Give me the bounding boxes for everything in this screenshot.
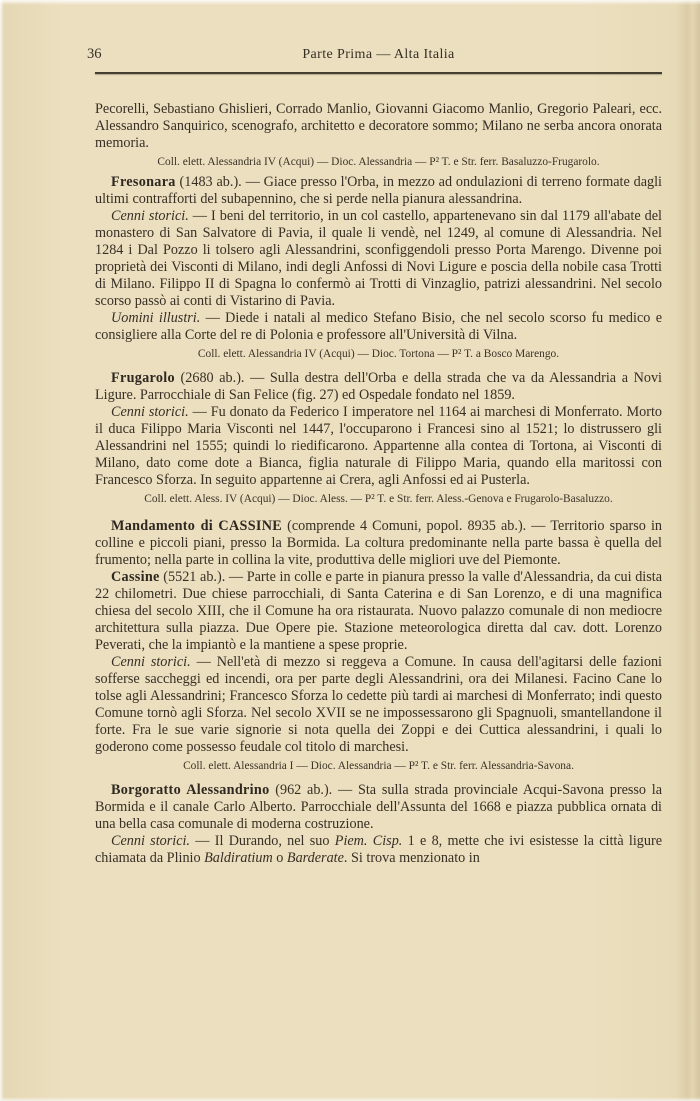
running-title: Parte Prima — Alta Italia — [95, 46, 662, 63]
book-page: 36 Parte Prima — Alta Italia Pecorelli, … — [0, 0, 700, 1101]
entry-frugarolo: Frugarolo (2680 ab.). — Sulla destra del… — [95, 370, 662, 404]
cenni-storici-label: Cenni storici. — [111, 833, 190, 849]
body-text: (2680 ab.). — Sulla destra dell'Orba e d… — [95, 370, 662, 403]
header-rule — [95, 72, 662, 74]
electoral-college-line: Coll. elett. Alessandria IV (Acqui) — Di… — [95, 155, 662, 169]
entry-headword-borgoratto: Borgoratto Alessandrino — [111, 782, 269, 798]
entry-headword-frugarolo: Frugarolo — [111, 370, 175, 386]
cassine-cenni-storici: Cenni storici. — Nell'età di mezzo si re… — [95, 654, 662, 756]
entry-cassine: Cassine (5521 ab.). — Parte in colle e p… — [95, 569, 662, 654]
body-text: o — [273, 850, 287, 866]
electoral-college-line: Coll. elett. Alessandria I — Dioc. Aless… — [95, 759, 662, 773]
cenni-storici-label: Cenni storici. — [111, 404, 189, 420]
latin-place-name: Barderate — [287, 850, 344, 866]
electoral-college-line: Coll. elett. Aless. IV (Acqui) — Dioc. A… — [95, 492, 662, 506]
body-text: Pecorelli, Sebastiano Ghislieri, Corrado… — [95, 101, 662, 151]
entry-headword-cassine: Cassine — [111, 569, 160, 585]
borgoratto-cenni-storici: Cenni storici. — Il Durando, nel suo Pie… — [95, 833, 662, 867]
body-text: (5521 ab.). — Parte in colle e parte in … — [95, 569, 662, 653]
body-text: (1483 ab.). — Giace presso l'Orba, in me… — [95, 174, 662, 207]
paragraph-pecorelli-continuation: Pecorelli, Sebastiano Ghislieri, Corrado… — [95, 101, 662, 152]
entry-borgoratto-alessandrino: Borgoratto Alessandrino (962 ab.). — Sta… — [95, 782, 662, 833]
cenni-storici-label: Cenni storici. — [111, 654, 191, 670]
entry-headword-mandamento-cassine: Mandamento di CASSINE — [111, 518, 282, 534]
entry-fresonara: Fresonara (1483 ab.). — Giace presso l'O… — [95, 174, 662, 208]
cited-work-title: Piem. Cisp. — [335, 833, 403, 849]
entry-mandamento-cassine: Mandamento di CASSINE (comprende 4 Comun… — [95, 518, 662, 569]
body-text: . Si trova menzionato in — [344, 850, 480, 866]
fresonara-cenni-storici: Cenni storici. — I beni del territorio, … — [95, 208, 662, 310]
fresonara-uomini-illustri: Uomini illustri. — Diede i natali al med… — [95, 310, 662, 344]
latin-place-name: Baldiratium — [204, 850, 273, 866]
page-number: 36 — [87, 46, 102, 63]
page-header: 36 Parte Prima — Alta Italia — [95, 46, 662, 64]
cenni-storici-label: Cenni storici. — [111, 208, 189, 224]
electoral-college-line: Coll. elett. Alessandria IV (Acqui) — Di… — [95, 347, 662, 361]
entry-headword-fresonara: Fresonara — [111, 174, 176, 190]
body-text: — Il Durando, nel suo — [190, 833, 335, 849]
page-content: 36 Parte Prima — Alta Italia Pecorelli, … — [95, 46, 662, 867]
frugarolo-cenni-storici: Cenni storici. — Fu donato da Federico I… — [95, 404, 662, 489]
uomini-illustri-label: Uomini illustri. — [111, 310, 200, 326]
